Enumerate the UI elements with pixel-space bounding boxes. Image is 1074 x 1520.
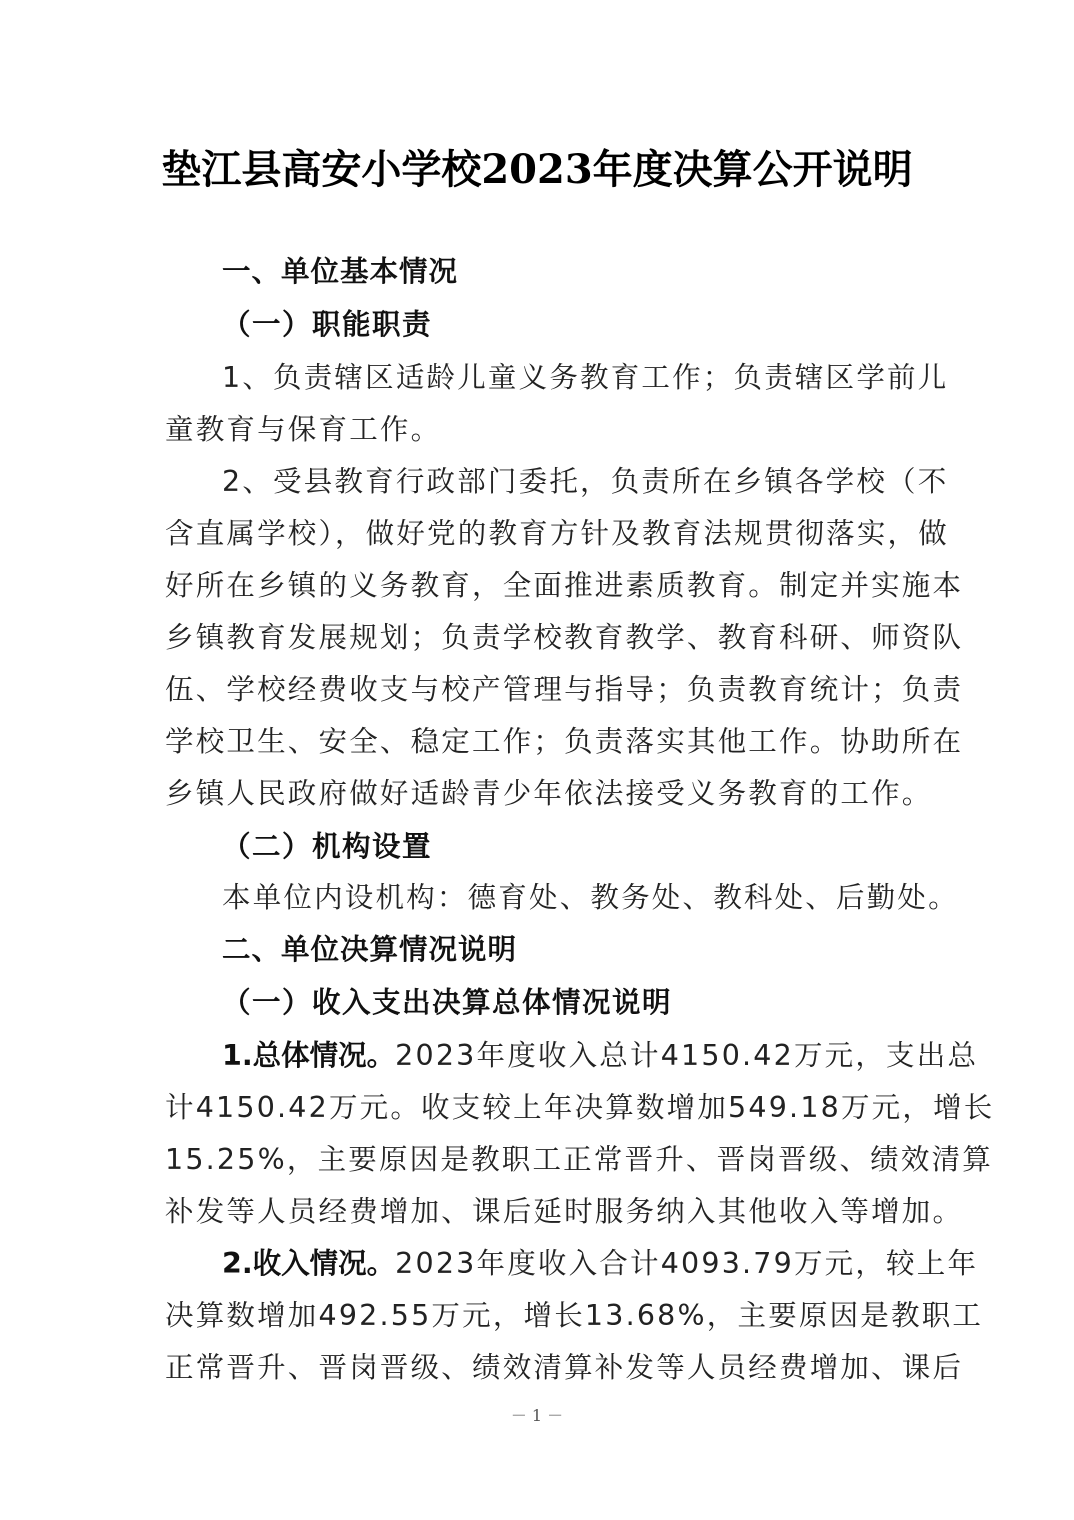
paragraph-line: 好所在乡镇的义务教育，全面推进素质教育。制定并实施本 (165, 566, 925, 606)
paragraph-line: 1、负责辖区适龄儿童义务教育工作；负责辖区学前儿 (222, 358, 982, 398)
paragraph-lead-overall: 1.总体情况。 (222, 1039, 395, 1072)
paragraph-line: 伍、学校经费收支与校产管理与指导；负责教育统计；负责 (165, 670, 925, 710)
paragraph-line: 乡镇教育发展规划；负责学校教育教学、教育科研、师资队 (165, 618, 925, 658)
paragraph-line: 学校卫生、安全、稳定工作；负责落实其他工作。协助所在 (165, 722, 925, 762)
paragraph-line: 决算数增加492.55万元，增长13.68%，主要原因是教职工 (165, 1296, 925, 1336)
document-title: 垫江县高安小学校2023年度决算公开说明 (0, 140, 1074, 200)
paragraph-line: 1.总体情况。2023年度收入总计4150.42万元，支出总 (222, 1036, 982, 1076)
section-heading-basic-info: 一、单位基本情况 (222, 252, 982, 292)
section-heading-final-accounts: 二、单位决算情况说明 (222, 930, 982, 970)
paragraph-line: 含直属学校），做好党的教育方针及教育法规贯彻落实，做 (165, 514, 925, 554)
paragraph-text: 2023年度收入合计4093.79万元，较上年 (395, 1247, 978, 1280)
paragraph-line: 正常晋升、晋岗晋级、绩效清算补发等人员经费增加、课后 (165, 1348, 925, 1388)
paragraph-lead-income: 2.收入情况。 (222, 1247, 395, 1280)
page-number: － 1 － (0, 1406, 1074, 1426)
paragraph-line: 2、受县教育行政部门委托，负责所在乡镇各学校（不 (222, 462, 982, 502)
paragraph-line: 计4150.42万元。收支较上年决算数增加549.18万元，增长 (165, 1088, 925, 1128)
paragraph-line: 2.收入情况。2023年度收入合计4093.79万元，较上年 (222, 1244, 982, 1284)
paragraph-text: 2023年度收入总计4150.42万元，支出总 (395, 1039, 978, 1072)
paragraph-line: 补发等人员经费增加、课后延时服务纳入其他收入等增加。 (165, 1192, 925, 1232)
paragraph-line: 童教育与保育工作。 (165, 410, 925, 450)
subsection-heading-organization: （二）机构设置 (222, 826, 982, 866)
paragraph-line: 本单位内设机构：德育处、教务处、教科处、后勤处。 (222, 878, 982, 918)
paragraph-line: 乡镇人民政府做好适龄青少年依法接受义务教育的工作。 (165, 774, 925, 814)
document-page: 垫江县高安小学校2023年度决算公开说明 一、单位基本情况 （一）职能职责 1、… (0, 0, 1074, 1520)
subsection-heading-duties: （一）职能职责 (222, 304, 982, 344)
subsection-heading-overall: （一）收入支出决算总体情况说明 (222, 982, 982, 1022)
paragraph-line: 15.25%，主要原因是教职工正常晋升、晋岗晋级、绩效清算 (165, 1140, 925, 1180)
